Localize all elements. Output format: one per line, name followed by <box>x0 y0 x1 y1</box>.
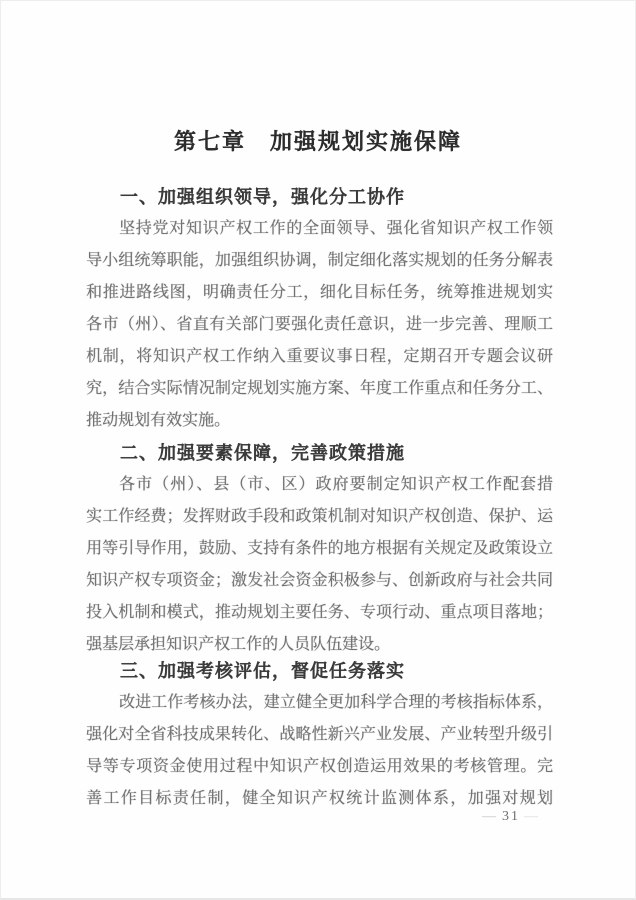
scanned-document-page: 第七章 加强规划实施保障 一、加强组织领导，强化分工协作 坚持党对知识产权工作的… <box>0 0 636 900</box>
text-line: 坚持党对知识产权工作的全面领导、强化省知识产权工作领 <box>86 213 553 245</box>
text-line: 知识产权专项资金；激发社会资金积极参与、创新政府与社会共同 <box>86 565 553 597</box>
page-footer: —31— <box>453 805 569 829</box>
text-line: 用等引导作用，鼓励、支持有条件的地方根据有关规定及政策设立 <box>86 533 553 565</box>
document-section: 二、加强要素保障，完善政策措施 各市（州）、县（市、区）政府要制定知识产权工作配… <box>86 437 553 661</box>
text-line: 改进工作考核办法，建立健全更加科学合理的考核指标体系， <box>86 687 553 719</box>
page-number-dash-left: — <box>482 809 498 824</box>
document-section: 一、加强组织领导，强化分工协作 坚持党对知识产权工作的全面领导、强化省知识产权工… <box>86 181 553 437</box>
document-body: 一、加强组织领导，强化分工协作 坚持党对知识产权工作的全面领导、强化省知识产权工… <box>86 181 553 815</box>
page-number-dash-right: — <box>524 809 540 824</box>
text-line: 各市（州）、县（市、区）政府要制定知识产权工作配套措施，落 <box>86 469 553 501</box>
chapter-title: 第七章 加强规划实施保障 <box>1 1 635 159</box>
text-line: 各市（州）、省直有关部门要强化责任意识，进一步完善、理顺工作 <box>86 309 553 341</box>
section-heading: 二、加强要素保障，完善政策措施 <box>86 437 553 469</box>
text-line: 实工作经费；发挥财政手段和政策机制对知识产权创造、保护、运 <box>86 501 553 533</box>
text-line: 究，结合实际情况制定规划实施方案、年度工作重点和任务分工、 <box>86 373 553 405</box>
text-line: 强化对全省科技成果转化、战略性新兴产业发展、产业转型升级引 <box>86 719 553 751</box>
section-lines: 坚持党对知识产权工作的全面领导、强化省知识产权工作领导小组统筹职能，加强组织协调… <box>86 213 553 437</box>
text-line: 导小组统筹职能，加强组织协调，制定细化落实规划的任务分解表 <box>86 245 553 277</box>
page-number: 31 <box>498 809 524 824</box>
section-heading: 一、加强组织领导，强化分工协作 <box>86 181 553 213</box>
section-lines: 各市（州）、县（市、区）政府要制定知识产权工作配套措施，落实工作经费；发挥财政手… <box>86 469 553 661</box>
text-line: 机制，将知识产权工作纳入重要议事日程，定期召开专题会议研 <box>86 341 553 373</box>
document-section: 三、加强考核评估，督促任务落实 改进工作考核办法，建立健全更加科学合理的考核指标… <box>86 655 553 815</box>
text-line: 推动规划有效实施。 <box>86 405 553 437</box>
text-line: 导等专项资金使用过程中知识产权创造运用效果的考核管理。完 <box>86 751 553 783</box>
text-line: 和推进路线图，明确责任分工，细化目标任务，统筹推进规划实施。 <box>86 277 553 309</box>
section-heading: 三、加强考核评估，督促任务落实 <box>86 655 553 687</box>
text-line: 投入机制和模式，推动规划主要任务、专项行动、重点项目落地；加 <box>86 597 553 629</box>
section-lines: 改进工作考核办法，建立健全更加科学合理的考核指标体系，强化对全省科技成果转化、战… <box>86 687 553 815</box>
